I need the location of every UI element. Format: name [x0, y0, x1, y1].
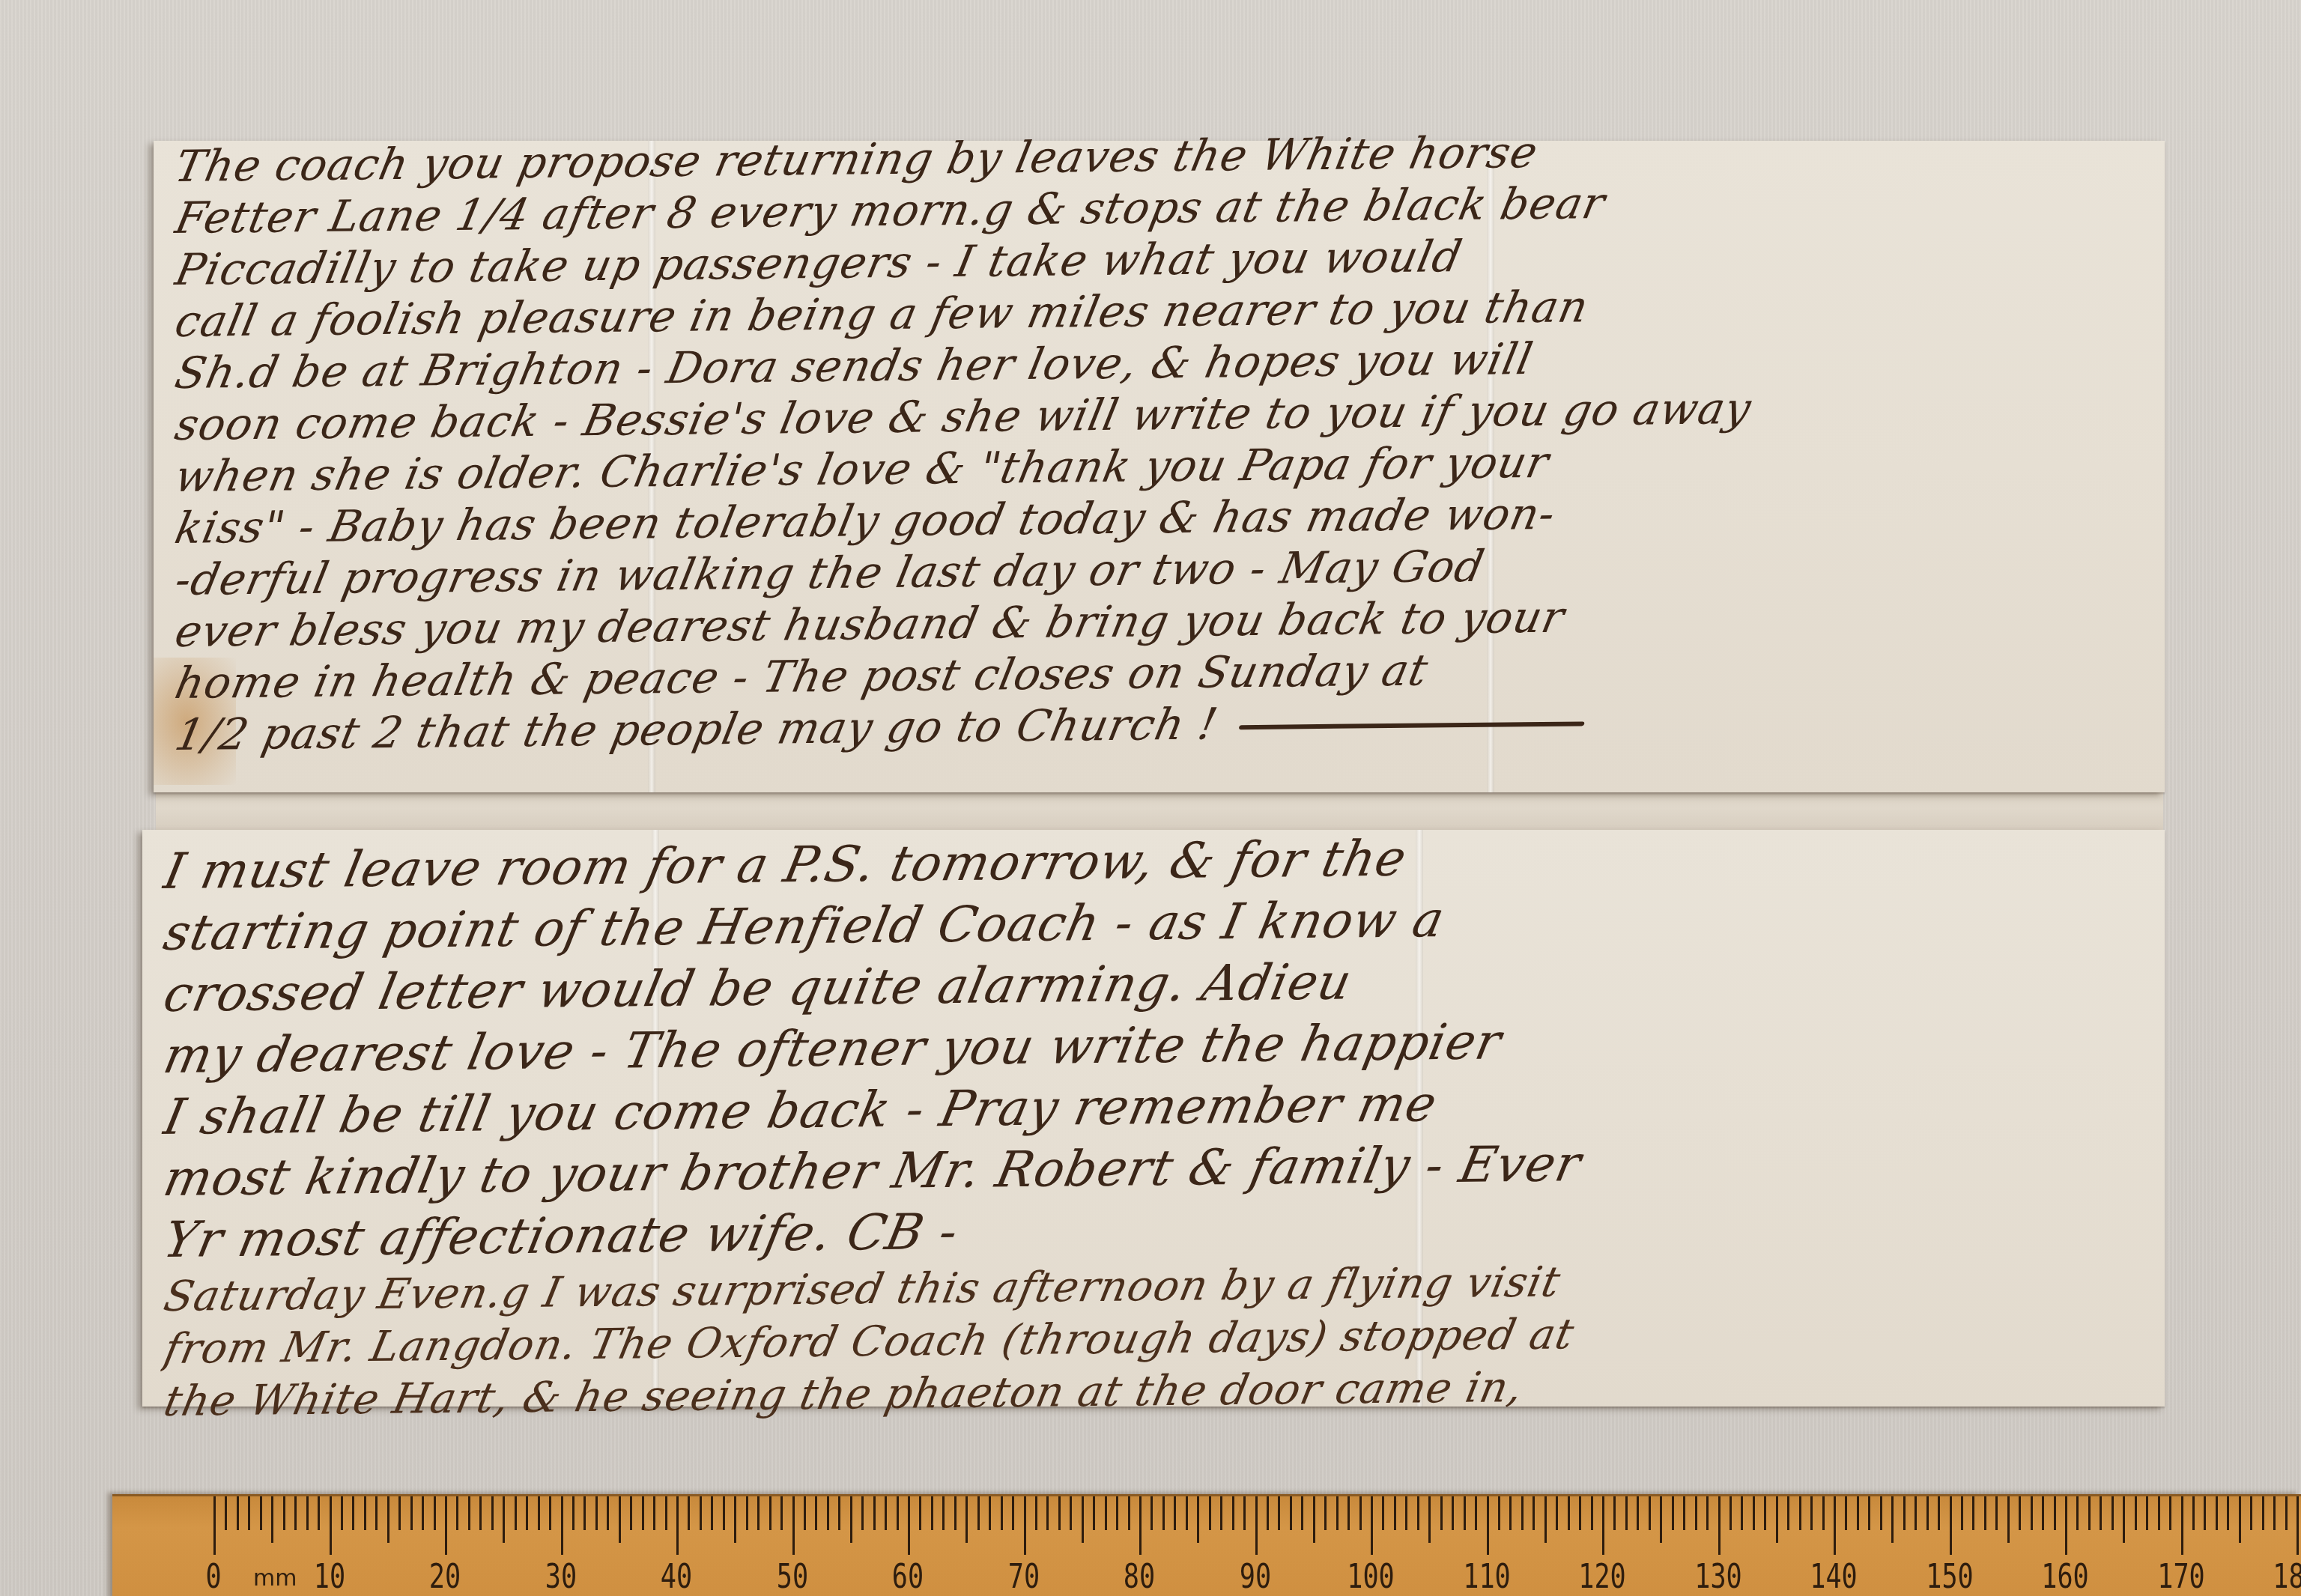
ruler-tick — [1464, 1496, 1466, 1530]
ruler-tick — [1405, 1496, 1407, 1530]
ruler-tick — [503, 1496, 505, 1543]
ruler-tick — [375, 1496, 378, 1530]
ruler-tick — [225, 1496, 227, 1530]
ruler-tick — [1544, 1496, 1547, 1543]
ruler-tick — [688, 1496, 690, 1530]
ruler-tick — [341, 1496, 343, 1530]
ruler-tick — [468, 1496, 470, 1530]
ruler-tick — [653, 1496, 655, 1530]
ruler-tick — [330, 1496, 332, 1555]
ruler-tick — [757, 1496, 760, 1530]
ruler-tick — [861, 1496, 864, 1530]
ruler-tick — [1776, 1496, 1778, 1543]
ruler-tick — [1753, 1496, 1755, 1530]
ruler-tick — [1093, 1496, 1095, 1530]
ruler-tick — [491, 1496, 494, 1530]
ruler-tick — [2146, 1496, 2148, 1530]
ruler-tick — [700, 1496, 702, 1530]
ruler-tick — [838, 1496, 840, 1530]
ruler-tick — [283, 1496, 285, 1530]
ruler-tick — [213, 1496, 216, 1555]
ruler-tick-label: 90 — [1239, 1558, 1270, 1596]
ruler-ticks: 0102030405060708090100110120130140150160… — [213, 1496, 2301, 1596]
ruler-tick — [364, 1496, 366, 1530]
ruler-tick — [1440, 1496, 1443, 1530]
ruler-tick — [1706, 1496, 1709, 1530]
ruler-tick-label: 160 — [2041, 1558, 2089, 1596]
ruler-tick — [642, 1496, 644, 1530]
ruler-tick — [1822, 1496, 1825, 1530]
ruler-tick — [1521, 1496, 1524, 1530]
ruler-tick — [1741, 1496, 1743, 1530]
ruler-tick-label: 170 — [2157, 1558, 2205, 1596]
ruler-tick — [1012, 1496, 1014, 1530]
ruler-tick — [1371, 1496, 1373, 1555]
ruler-tick-label: 150 — [1926, 1558, 1974, 1596]
letter-top-panel: The coach you propose returning by leave… — [154, 141, 2165, 792]
ruler-tick — [526, 1496, 528, 1530]
ruler-tick — [2088, 1496, 2091, 1530]
ruler-tick — [2158, 1496, 2160, 1530]
ruler-tick — [769, 1496, 771, 1530]
ruler-tick — [561, 1496, 563, 1555]
ruler-tick — [873, 1496, 876, 1530]
ruler-tick — [1174, 1496, 1176, 1530]
ruler-tick-label: 140 — [1810, 1558, 1858, 1596]
ruler-tick — [1683, 1496, 1685, 1530]
ruler-tick — [434, 1496, 436, 1530]
ruler-tick-label: 100 — [1347, 1558, 1395, 1596]
ruler-tick — [1950, 1496, 1952, 1555]
ruler-tick — [422, 1496, 424, 1530]
ruler-tick — [1186, 1496, 1188, 1530]
ruler-tick — [1880, 1496, 1882, 1530]
ruler-tick-label: 20 — [429, 1558, 461, 1596]
ruler-tick — [1197, 1496, 1199, 1543]
ruler-tick — [1313, 1496, 1315, 1543]
ruler-tick — [815, 1496, 817, 1530]
ruler-tick — [2042, 1496, 2044, 1530]
ruler-tick — [1394, 1496, 1396, 1530]
ruler-tick — [410, 1496, 413, 1530]
bottom-section-text: I must leave room for a P.S. tomorrow, &… — [165, 841, 2150, 1428]
ruler-tick — [479, 1496, 482, 1530]
ruler-tick — [1660, 1496, 1662, 1543]
ruler-tick — [954, 1496, 957, 1530]
ruler-tick — [2181, 1496, 2183, 1555]
ruler-tick — [1926, 1496, 1929, 1530]
ruler-tick — [897, 1496, 899, 1530]
ruler-tick-label: 70 — [1007, 1558, 1039, 1596]
ruler-tick — [1649, 1496, 1651, 1530]
ruler-tick — [1533, 1496, 1535, 1530]
ruler-tick-label: 110 — [1463, 1558, 1511, 1596]
ruler-tick — [583, 1496, 586, 1530]
ruler-tick-label: 40 — [661, 1558, 692, 1596]
ruler-tick — [1336, 1496, 1339, 1530]
ruler-tick — [1509, 1496, 1512, 1530]
ruler-tick — [2204, 1496, 2206, 1530]
ruler-tick — [1799, 1496, 1801, 1530]
ruler-tick-label: 130 — [1694, 1558, 1742, 1596]
ruler-tick — [2192, 1496, 2195, 1530]
ruler-tick — [1278, 1496, 1280, 1530]
ruler-tick — [804, 1496, 806, 1530]
ruler-tick — [1995, 1496, 1998, 1530]
ruler-tick-label: 80 — [1124, 1558, 1155, 1596]
ruler-tick — [2227, 1496, 2229, 1530]
ruler-tick — [1613, 1496, 1616, 1530]
ruler-tick — [908, 1496, 910, 1555]
ruler-tick — [1810, 1496, 1813, 1530]
ruler-tick — [1915, 1496, 1917, 1530]
ruler-tick — [237, 1496, 239, 1530]
ruler-tick — [2065, 1496, 2067, 1555]
ruler-tick — [248, 1496, 250, 1530]
ruler-unit-label: mm — [253, 1565, 297, 1592]
ruler-tick — [850, 1496, 852, 1543]
ruler-tick — [2297, 1496, 2299, 1555]
ruler-tick — [1729, 1496, 1732, 1530]
ruler-tick — [1625, 1496, 1628, 1530]
ruler-tick — [676, 1496, 679, 1555]
ruler-tick — [2135, 1496, 2137, 1530]
ruler-tick-label: 180 — [2273, 1558, 2301, 1596]
ruler-tick — [1787, 1496, 1789, 1530]
ruler-tick — [1082, 1496, 1084, 1543]
ruler-tick — [318, 1496, 320, 1530]
ruler-tick — [1128, 1496, 1130, 1530]
ruler-tick — [1035, 1496, 1037, 1530]
ruler-tick — [515, 1496, 517, 1530]
ruler-tick — [1475, 1496, 1477, 1530]
ruler-tick — [595, 1496, 598, 1530]
ruler-tick — [1637, 1496, 1639, 1530]
ruler-tick — [1903, 1496, 1906, 1530]
ruler-tick — [1417, 1496, 1419, 1530]
ruler-tick — [1267, 1496, 1269, 1530]
ruler-tick — [1347, 1496, 1350, 1530]
ruler-tick — [294, 1496, 297, 1530]
ruler-tick — [538, 1496, 540, 1530]
ruler-tick — [1718, 1496, 1721, 1555]
ruler-tick-label: 120 — [1578, 1558, 1626, 1596]
ruler-tick — [1255, 1496, 1258, 1555]
ruler-tick — [306, 1496, 309, 1530]
ruler-tick — [387, 1496, 389, 1543]
ruler-tick — [931, 1496, 933, 1530]
ruler-tick — [1243, 1496, 1246, 1530]
ruler-tick — [607, 1496, 609, 1530]
ruler-tick — [456, 1496, 458, 1530]
ruler-tick — [2169, 1496, 2171, 1530]
ruler-tick — [1579, 1496, 1581, 1530]
top-section-text: The coach you propose returning by leave… — [176, 141, 2150, 761]
ruler-tick — [1359, 1496, 1362, 1530]
ruler-tick — [1984, 1496, 1986, 1530]
ruler-tick — [445, 1496, 447, 1555]
ruler-tick — [1834, 1496, 1836, 1555]
ruler-tick — [2285, 1496, 2288, 1530]
ruler-tick — [827, 1496, 829, 1530]
ruler-tick — [1232, 1496, 1234, 1530]
ruler-tick — [1220, 1496, 1222, 1530]
ruler-tick — [734, 1496, 736, 1543]
ruler-tick — [2123, 1496, 2125, 1543]
text-line-content: 1/2 past 2 that the people may go to Chu… — [171, 698, 1222, 760]
ruler-tick-label: 50 — [776, 1558, 807, 1596]
ruler-tick — [398, 1496, 401, 1530]
ruler-tick — [260, 1496, 262, 1530]
ruler-tick — [1498, 1496, 1500, 1530]
ruler-tick — [1857, 1496, 1859, 1530]
ruler-tick — [2216, 1496, 2218, 1530]
ruler-tick — [1046, 1496, 1049, 1530]
ruler-tick — [1556, 1496, 1558, 1530]
ruler-tick — [989, 1496, 991, 1530]
ruler-tick-label: 30 — [545, 1558, 576, 1596]
ruler-tick-label: 60 — [892, 1558, 924, 1596]
ruler-tick — [977, 1496, 980, 1530]
ruler-tick — [2239, 1496, 2241, 1543]
ruler-tick — [919, 1496, 921, 1530]
ruler-tick — [1209, 1496, 1211, 1530]
ruler-tick — [1290, 1496, 1292, 1530]
ruler-tick — [572, 1496, 575, 1530]
ruler-tick — [1602, 1496, 1604, 1555]
ruler-tick — [1324, 1496, 1327, 1530]
ruler-tick — [2076, 1496, 2079, 1530]
ruler-tick — [2054, 1496, 2056, 1530]
ruler-tick — [1382, 1496, 1384, 1530]
ruler-tick — [1070, 1496, 1072, 1530]
ruler-tick — [1845, 1496, 1847, 1530]
closing-flourish — [1238, 721, 1584, 729]
ruler-tick — [1695, 1496, 1697, 1530]
ruler-tick — [1972, 1496, 1974, 1530]
ruler-tick — [1591, 1496, 1593, 1530]
ruler-tick — [2250, 1496, 2252, 1530]
ruler-tick — [1764, 1496, 1766, 1530]
ruler-tick — [1150, 1496, 1153, 1530]
ruler-tick — [1024, 1496, 1026, 1555]
ruler-tick — [1938, 1496, 1940, 1530]
ruler-tick — [1001, 1496, 1003, 1530]
measurement-ruler: 0102030405060708090100110120130140150160… — [112, 1494, 2301, 1596]
ruler-tick — [1139, 1496, 1142, 1555]
ruler-tick — [1487, 1496, 1489, 1555]
ruler-tick — [619, 1496, 621, 1543]
ruler-tick — [711, 1496, 713, 1530]
ruler-tick — [792, 1496, 795, 1555]
ruler-tick — [2262, 1496, 2264, 1530]
ruler-tick — [780, 1496, 783, 1530]
ruler-tick — [1452, 1496, 1454, 1530]
ruler-tick — [1961, 1496, 1963, 1530]
ruler-tick — [885, 1496, 887, 1530]
ruler-tick — [2273, 1496, 2276, 1530]
ruler-tick — [1891, 1496, 1894, 1543]
ruler-tick — [271, 1496, 273, 1543]
ruler-tick-label: 0 — [205, 1558, 221, 1596]
ruler-tick — [965, 1496, 968, 1543]
ruler-tick — [1116, 1496, 1118, 1530]
ruler-tick — [2100, 1496, 2102, 1530]
ruler-tick — [630, 1496, 632, 1530]
ruler-tick — [1428, 1496, 1431, 1543]
ruler-tick — [2111, 1496, 2114, 1530]
ruler-tick — [1105, 1496, 1107, 1530]
handwritten-letter: The coach you propose returning by leave… — [150, 141, 2165, 1407]
ruler-tick — [2031, 1496, 2033, 1530]
ruler-tick — [549, 1496, 551, 1530]
ruler-tick — [1058, 1496, 1061, 1530]
ruler-tick — [1162, 1496, 1165, 1530]
ruler-tick — [2019, 1496, 2021, 1530]
ruler-tick — [1568, 1496, 1570, 1530]
ruler-tick — [942, 1496, 945, 1530]
ruler-tick — [1672, 1496, 1674, 1530]
ruler-tick — [2007, 1496, 2010, 1543]
ruler-tick — [665, 1496, 667, 1530]
ruler-tick-label: 10 — [313, 1558, 345, 1596]
ruler-tick — [1868, 1496, 1870, 1530]
letter-bottom-panel: I must leave room for a P.S. tomorrow, &… — [142, 830, 2165, 1407]
ruler-tick — [352, 1496, 354, 1530]
ruler-tick — [1301, 1496, 1303, 1530]
ruler-tick — [746, 1496, 748, 1530]
ruler-tick — [723, 1496, 725, 1530]
